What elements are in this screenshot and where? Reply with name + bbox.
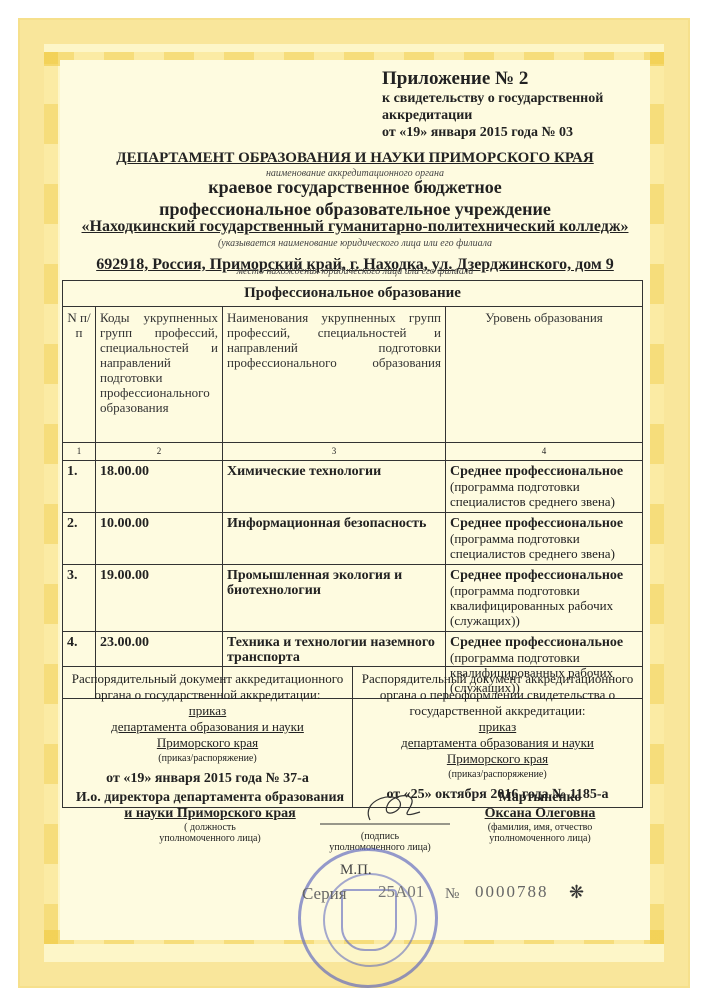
serial-number: 0000788 <box>475 882 549 902</box>
row-level: Среднее профессиональное(программа подго… <box>446 461 643 513</box>
col-header-n: N п/п <box>63 307 96 443</box>
series-value: 25А01 <box>378 882 424 902</box>
series-label: Серия <box>302 884 347 904</box>
col-number: 3 <box>223 443 446 461</box>
row-name: Информационная безопасность <box>223 513 446 565</box>
level-program: (программа подготовки квалифицированных … <box>450 583 638 628</box>
appendix-header: Приложение № 2 к свидетельству о государ… <box>382 68 662 141</box>
order-left-issuer-2: Приморского края <box>67 735 348 751</box>
table-row: 3. 19.00.00 Промышленная экология и биот… <box>63 565 643 632</box>
order-right-type: приказ <box>357 719 638 735</box>
row-number: 3. <box>63 565 96 632</box>
order-left-type: приказ <box>67 703 348 719</box>
order-right: Распорядительный документ аккредитационн… <box>353 667 643 808</box>
order-left: Распорядительный документ аккредитационн… <box>63 667 353 808</box>
education-table: Профессиональное образование N п/п Коды … <box>62 280 643 699</box>
seal-label: М.П. <box>340 862 372 879</box>
appendix-subtitle-2: аккредитации <box>382 107 662 124</box>
table-title: Профессиональное образование <box>63 281 643 307</box>
org-line-1: краевое государственное бюджетное <box>60 176 650 198</box>
organization-full-name: «Находкинский государственный гуманитарн… <box>60 218 650 236</box>
row-code: 10.00.00 <box>96 513 223 565</box>
col-number: 1 <box>63 443 96 461</box>
row-name: Промышленная экология и биотехнологии <box>223 565 446 632</box>
order-right-hint: (приказ/распоряжение) <box>357 767 638 783</box>
number-label: № <box>445 886 459 903</box>
col-header-names: Наименования укрупненных групп профессий… <box>223 307 446 443</box>
name-hint: (фамилия, имя, отчество <box>440 822 640 833</box>
level-title: Среднее профессиональное <box>450 516 638 531</box>
row-code: 19.00.00 <box>96 565 223 632</box>
address-hint: место нахождения юридического лица или е… <box>60 266 650 277</box>
col-number: 2 <box>96 443 223 461</box>
organization-name: краевое государственное бюджетное профес… <box>60 176 650 220</box>
order-right-issuer: департамента образования и науки <box>357 735 638 751</box>
handwritten-signature-icon <box>300 790 460 826</box>
row-number: 2. <box>63 513 96 565</box>
appendix-date: от «19» января 2015 года № 03 <box>382 124 662 141</box>
level-title: Среднее профессиональное <box>450 568 638 583</box>
level-program: (программа подготовки специалистов средн… <box>450 479 638 509</box>
row-code: 18.00.00 <box>96 461 223 513</box>
order-left-intro: Распорядительный документ аккредитационн… <box>67 671 348 703</box>
col-header-codes: Коды укрупненных групп профессий, специа… <box>96 307 223 443</box>
row-number: 1. <box>63 461 96 513</box>
organization-hint: (указывается наименование юридического л… <box>60 238 650 249</box>
order-right-intro: Распорядительный документ аккредитационн… <box>357 671 638 719</box>
level-title: Среднее профессиональное <box>450 635 638 650</box>
order-left-date: от «19» января 2015 года № 37-а <box>67 771 348 787</box>
col-header-level: Уровень образования <box>446 307 643 443</box>
appendix-title: Приложение № 2 <box>382 68 662 90</box>
row-level: Среднее профессиональное(программа подго… <box>446 513 643 565</box>
order-left-issuer: департамента образования и науки <box>67 719 348 735</box>
appendix-subtitle: к свидетельству о государственной <box>382 90 662 107</box>
orders-table: Распорядительный документ аккредитационн… <box>62 666 643 808</box>
signatory-name: Мартыненко Оксана Олеговна (фамилия, имя… <box>440 790 640 844</box>
level-program: (программа подготовки специалистов средн… <box>450 531 638 561</box>
order-left-hint: (приказ/распоряжение) <box>67 751 348 767</box>
name-hint-2: уполномоченного лица) <box>440 833 640 844</box>
level-title: Среднее профессиональное <box>450 464 638 479</box>
signature-block: (подпись уполномоченного лица) <box>300 790 460 853</box>
order-right-issuer-2: Приморского края <box>357 751 638 767</box>
sign-hint: (подпись <box>300 831 460 842</box>
col-number: 4 <box>446 443 643 461</box>
row-name: Химические технологии <box>223 461 446 513</box>
signatory-surname: Мартыненко <box>440 790 640 806</box>
signatory-given-names: Оксана Олеговна <box>440 806 640 822</box>
table-row: 1. 18.00.00 Химические технологии Средне… <box>63 461 643 513</box>
decorative-star-icon: ❋ <box>569 882 584 903</box>
authority-name: ДЕПАРТАМЕНТ ОБРАЗОВАНИЯ И НАУКИ ПРИМОРСК… <box>60 150 650 167</box>
table-row: 2. 10.00.00 Информационная безопасность … <box>63 513 643 565</box>
org-line-2: профессиональное образовательное учрежде… <box>60 198 650 220</box>
row-level: Среднее профессиональное(программа подго… <box>446 565 643 632</box>
